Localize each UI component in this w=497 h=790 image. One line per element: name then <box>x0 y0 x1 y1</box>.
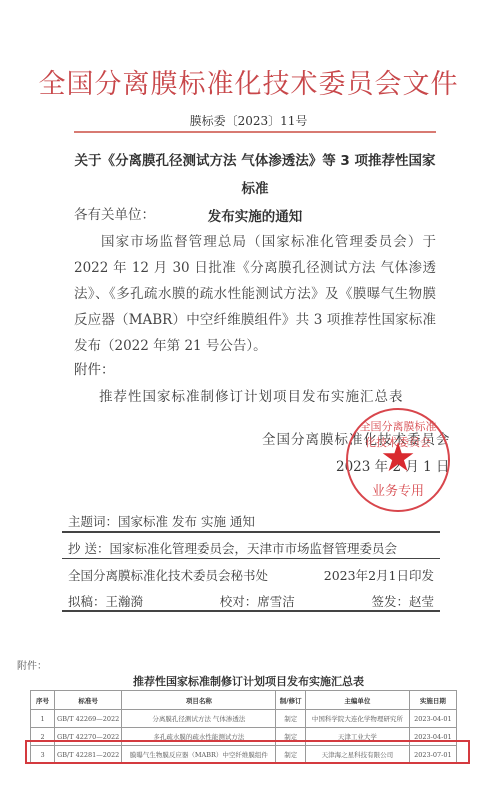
keywords-row: 主题词：国家标准 发布 实施 通知 <box>68 512 434 530</box>
cc-row: 抄 送：国家标准化管理委员会，天津市市场监督管理委员会 <box>68 539 434 557</box>
proofreader: 校对：席雪洁 <box>220 592 295 610</box>
col-header: 实施日期 <box>409 691 456 710</box>
annex-table-title: 推荐性国家标准制修订计划项目发布实施汇总表 <box>0 673 497 689</box>
footer-divider <box>62 531 440 533</box>
drafter: 拟稿：王瀚漪 <box>68 592 143 610</box>
notice-body: 国家市场监督管理总局（国家标准化管理委员会）于 2022 年 12 月 30 日… <box>74 229 436 359</box>
notice-title-line-1: 关于《分离膜孔径测试方法 气体渗透法》等 3 项推荐性国家标准 <box>74 147 436 203</box>
annex-label: 附件： <box>17 657 47 672</box>
row-highlight-box <box>25 740 470 764</box>
footer-divider <box>62 610 440 612</box>
cc-list: 抄 送：国家标准化管理委员会，天津市市场监督管理委员会 <box>68 539 397 557</box>
cell-std: GB/T 42269—2022 <box>55 710 122 728</box>
col-header: 制/修订 <box>276 691 306 710</box>
office-row: 全国分离膜标准化技术委员会秘书处 2023年2月1日印发 <box>68 566 434 584</box>
document-number: 膜标委〔2023〕11号 <box>0 112 497 129</box>
cell-org: 中国科学院大连化学物理研究所 <box>306 710 410 728</box>
keywords: 主题词：国家标准 发布 实施 通知 <box>68 512 255 530</box>
seal-bottom-text: 业务专用 <box>348 480 448 499</box>
document-header-title: 全国分离膜标准化技术委员会文件 <box>0 62 497 101</box>
footer-divider <box>62 558 440 559</box>
signer: 签发：赵莹 <box>371 592 434 610</box>
cell-name: 分离膜孔径测试方法 气体渗透法 <box>122 710 276 728</box>
cell-no: 1 <box>31 710 55 728</box>
issuer-name: 全国分离膜标准化技术委员会 <box>262 428 451 448</box>
print-date: 2023年2月1日印发 <box>324 566 434 584</box>
cell-date: 2023-04-01 <box>409 710 456 728</box>
salutation: 各有关单位： <box>74 202 436 228</box>
col-header: 主编单位 <box>306 691 410 710</box>
table-row: 1 GB/T 42269—2022 分离膜孔径测试方法 气体渗透法 制定 中国科… <box>31 710 457 728</box>
issue-date: 2023 年 2 月 1 日 <box>336 455 450 475</box>
attachment-item: 推荐性国家标准制修订计划项目发布实施汇总表 <box>99 385 404 405</box>
red-divider <box>74 131 436 133</box>
cell-type: 制定 <box>276 710 306 728</box>
office: 全国分离膜标准化技术委员会秘书处 <box>68 566 268 584</box>
col-header: 序号 <box>31 691 55 710</box>
col-header: 标准号 <box>55 691 122 710</box>
col-header: 项目名称 <box>122 691 276 710</box>
attachment-label: 附件： <box>74 358 115 378</box>
signoff-row: 拟稿：王瀚漪 校对：席雪洁 签发：赵莹 <box>68 592 434 610</box>
table-header-row: 序号 标准号 项目名称 制/修订 主编单位 实施日期 <box>31 691 457 710</box>
